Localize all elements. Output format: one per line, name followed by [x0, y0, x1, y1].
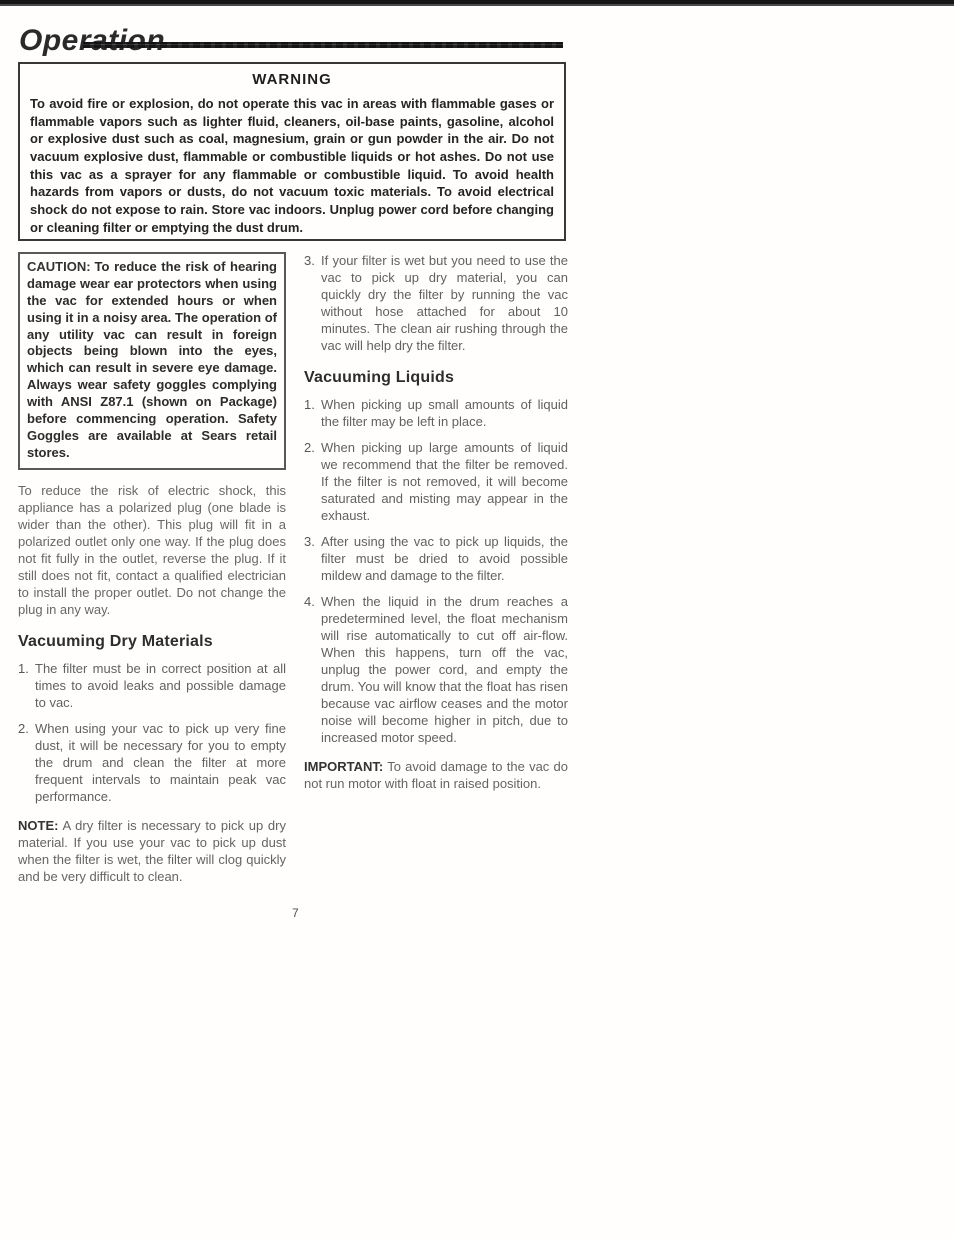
list-item-text: When picking up small amounts of liquid … — [321, 396, 568, 430]
list-item-text: The filter must be in correct position a… — [35, 660, 286, 711]
page-number: 7 — [292, 906, 299, 920]
heading-vacuuming-dry-materials: Vacuuming Dry Materials — [18, 633, 286, 651]
list-item: 1. When picking up small amounts of liqu… — [304, 396, 568, 430]
list-item-number: 4. — [304, 593, 321, 746]
list-item: 3. After using the vac to pick up liquid… — [304, 533, 568, 584]
list-item-number: 3. — [304, 533, 321, 584]
list-item: 3. If your filter is wet but you need to… — [304, 252, 568, 354]
note-paragraph: NOTE:A dry filter is necessary to pick u… — [18, 817, 286, 885]
left-column: CAUTION:To reduce the risk of hearing da… — [18, 252, 286, 885]
list-item-text: After using the vac to pick up liquids, … — [321, 533, 568, 584]
important-lead: IMPORTANT: — [304, 759, 383, 774]
right-column: 3. If your filter is wet but you need to… — [304, 252, 568, 792]
caution-lead: CAUTION: — [27, 259, 91, 274]
list-item-text: When picking up large amounts of liquid … — [321, 439, 568, 524]
note-body-text: A dry filter is necessary to pick up dry… — [18, 818, 286, 884]
page-title: Operation — [19, 24, 165, 58]
list-item: 2. When using your vac to pick up very f… — [18, 720, 286, 805]
list-item-text: When using your vac to pick up very fine… — [35, 720, 286, 805]
caution-box: CAUTION:To reduce the risk of hearing da… — [18, 252, 286, 470]
warning-body-text: To avoid fire or explosion, do not opera… — [30, 95, 554, 236]
list-item: 2. When picking up large amounts of liqu… — [304, 439, 568, 524]
manual-page: Operation WARNING To avoid fire or explo… — [0, 0, 954, 1239]
list-item: 4. When the liquid in the drum reaches a… — [304, 593, 568, 746]
scan-edge-strip — [0, 0, 954, 6]
list-item: 1. The filter must be in correct positio… — [18, 660, 286, 711]
important-paragraph: IMPORTANT:To avoid damage to the vac do … — [304, 758, 568, 792]
title-rule-divider — [83, 42, 563, 48]
list-item-text: When the liquid in the drum reaches a pr… — [321, 593, 568, 746]
electric-shock-paragraph: To reduce the risk of electric shock, th… — [18, 482, 286, 618]
note-lead: NOTE: — [18, 818, 58, 833]
heading-vacuuming-liquids: Vacuuming Liquids — [304, 369, 568, 387]
caution-body-text: To reduce the risk of hearing damage wea… — [27, 259, 277, 460]
list-item-number: 2. — [18, 720, 35, 805]
list-item-text: If your filter is wet but you need to us… — [321, 252, 568, 354]
list-item-number: 2. — [304, 439, 321, 524]
warning-heading: WARNING — [30, 71, 554, 88]
list-item-number: 3. — [304, 252, 321, 354]
list-item-number: 1. — [304, 396, 321, 430]
list-item-number: 1. — [18, 660, 35, 711]
warning-box: WARNING To avoid fire or explosion, do n… — [18, 62, 566, 241]
